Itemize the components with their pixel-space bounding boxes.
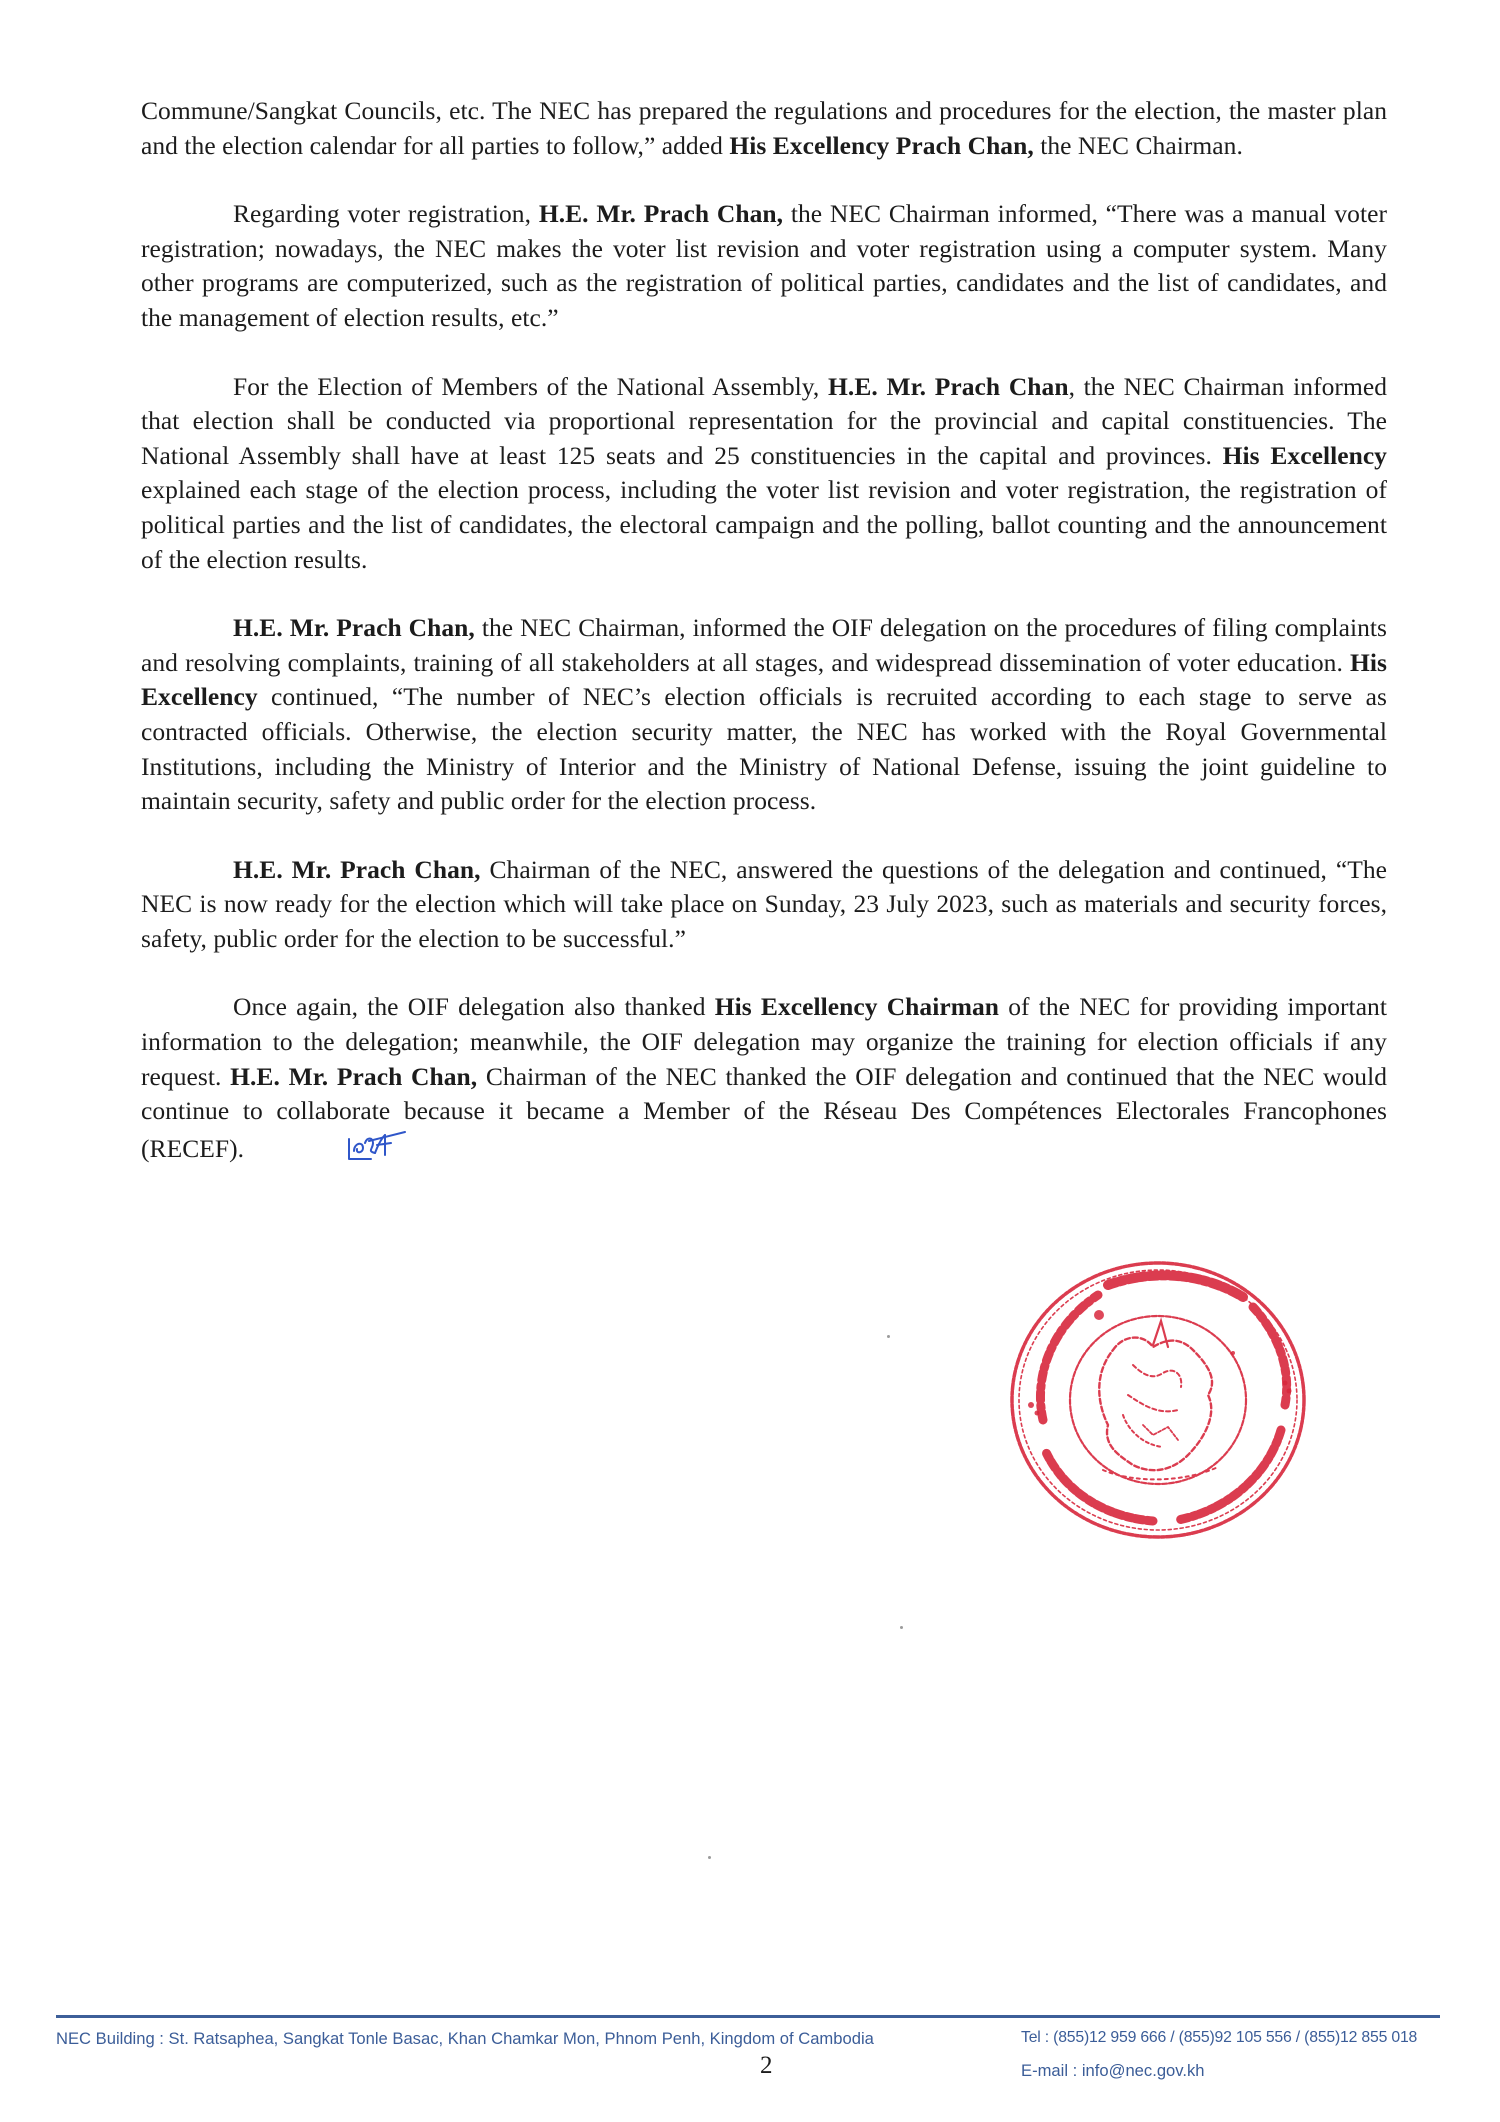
bold-text-run: H.E. Mr. Prach Chan,: [233, 855, 481, 884]
page-number: 2: [760, 2052, 773, 2080]
paragraph: H.E. Mr. Prach Chan, the NEC Chairman, i…: [141, 611, 1387, 819]
scan-speck: [708, 1856, 711, 1859]
document-body: Commune/Sangkat Councils, etc. The NEC h…: [141, 94, 1387, 1200]
bold-text-run: H.E. Mr. Prach Chan,: [230, 1062, 477, 1091]
text-run: the NEC Chairman.: [1034, 131, 1243, 160]
footer-address: NEC Building : St. Ratsaphea, Sangkat To…: [56, 2029, 874, 2049]
paragraph: Commune/Sangkat Councils, etc. The NEC h…: [141, 94, 1387, 163]
bold-text-run: H.E. Mr. Prach Chan,: [539, 199, 783, 228]
text-run: Once again, the OIF delegation also than…: [233, 992, 715, 1021]
paragraph: H.E. Mr. Prach Chan, Chairman of the NEC…: [141, 853, 1387, 957]
footer-email: E-mail : info@nec.gov.kh: [1021, 2061, 1204, 2081]
bold-text-run: H.E. Mr. Prach Chan: [828, 372, 1069, 401]
bold-text-run: H.E. Mr. Prach Chan,: [233, 613, 475, 642]
text-run: continued, “The number of NEC’s election…: [141, 682, 1387, 815]
text-run: Regarding voter registration,: [233, 199, 539, 228]
handwritten-initials-icon: [253, 1129, 315, 1163]
paragraph: For the Election of Members of the Natio…: [141, 370, 1387, 578]
scan-speck: [900, 1626, 903, 1629]
text-run: For the Election of Members of the Natio…: [233, 372, 828, 401]
text-run: explained each stage of the election pro…: [141, 475, 1387, 573]
official-seal-icon: [1003, 1255, 1313, 1545]
paragraph: Once again, the OIF delegation also than…: [141, 990, 1387, 1166]
footer-divider: [56, 2015, 1440, 2018]
footer-telephone: Tel : (855)12 959 666 / (855)92 105 556 …: [1021, 2029, 1417, 2047]
bold-text-run: His Excellency Prach Chan,: [729, 131, 1033, 160]
bold-text-run: His Excellency: [1223, 441, 1387, 470]
scan-speck: [887, 1335, 890, 1338]
bold-text-run: His Excellency Chairman: [715, 992, 999, 1021]
paragraph: Regarding voter registration, H.E. Mr. P…: [141, 197, 1387, 335]
